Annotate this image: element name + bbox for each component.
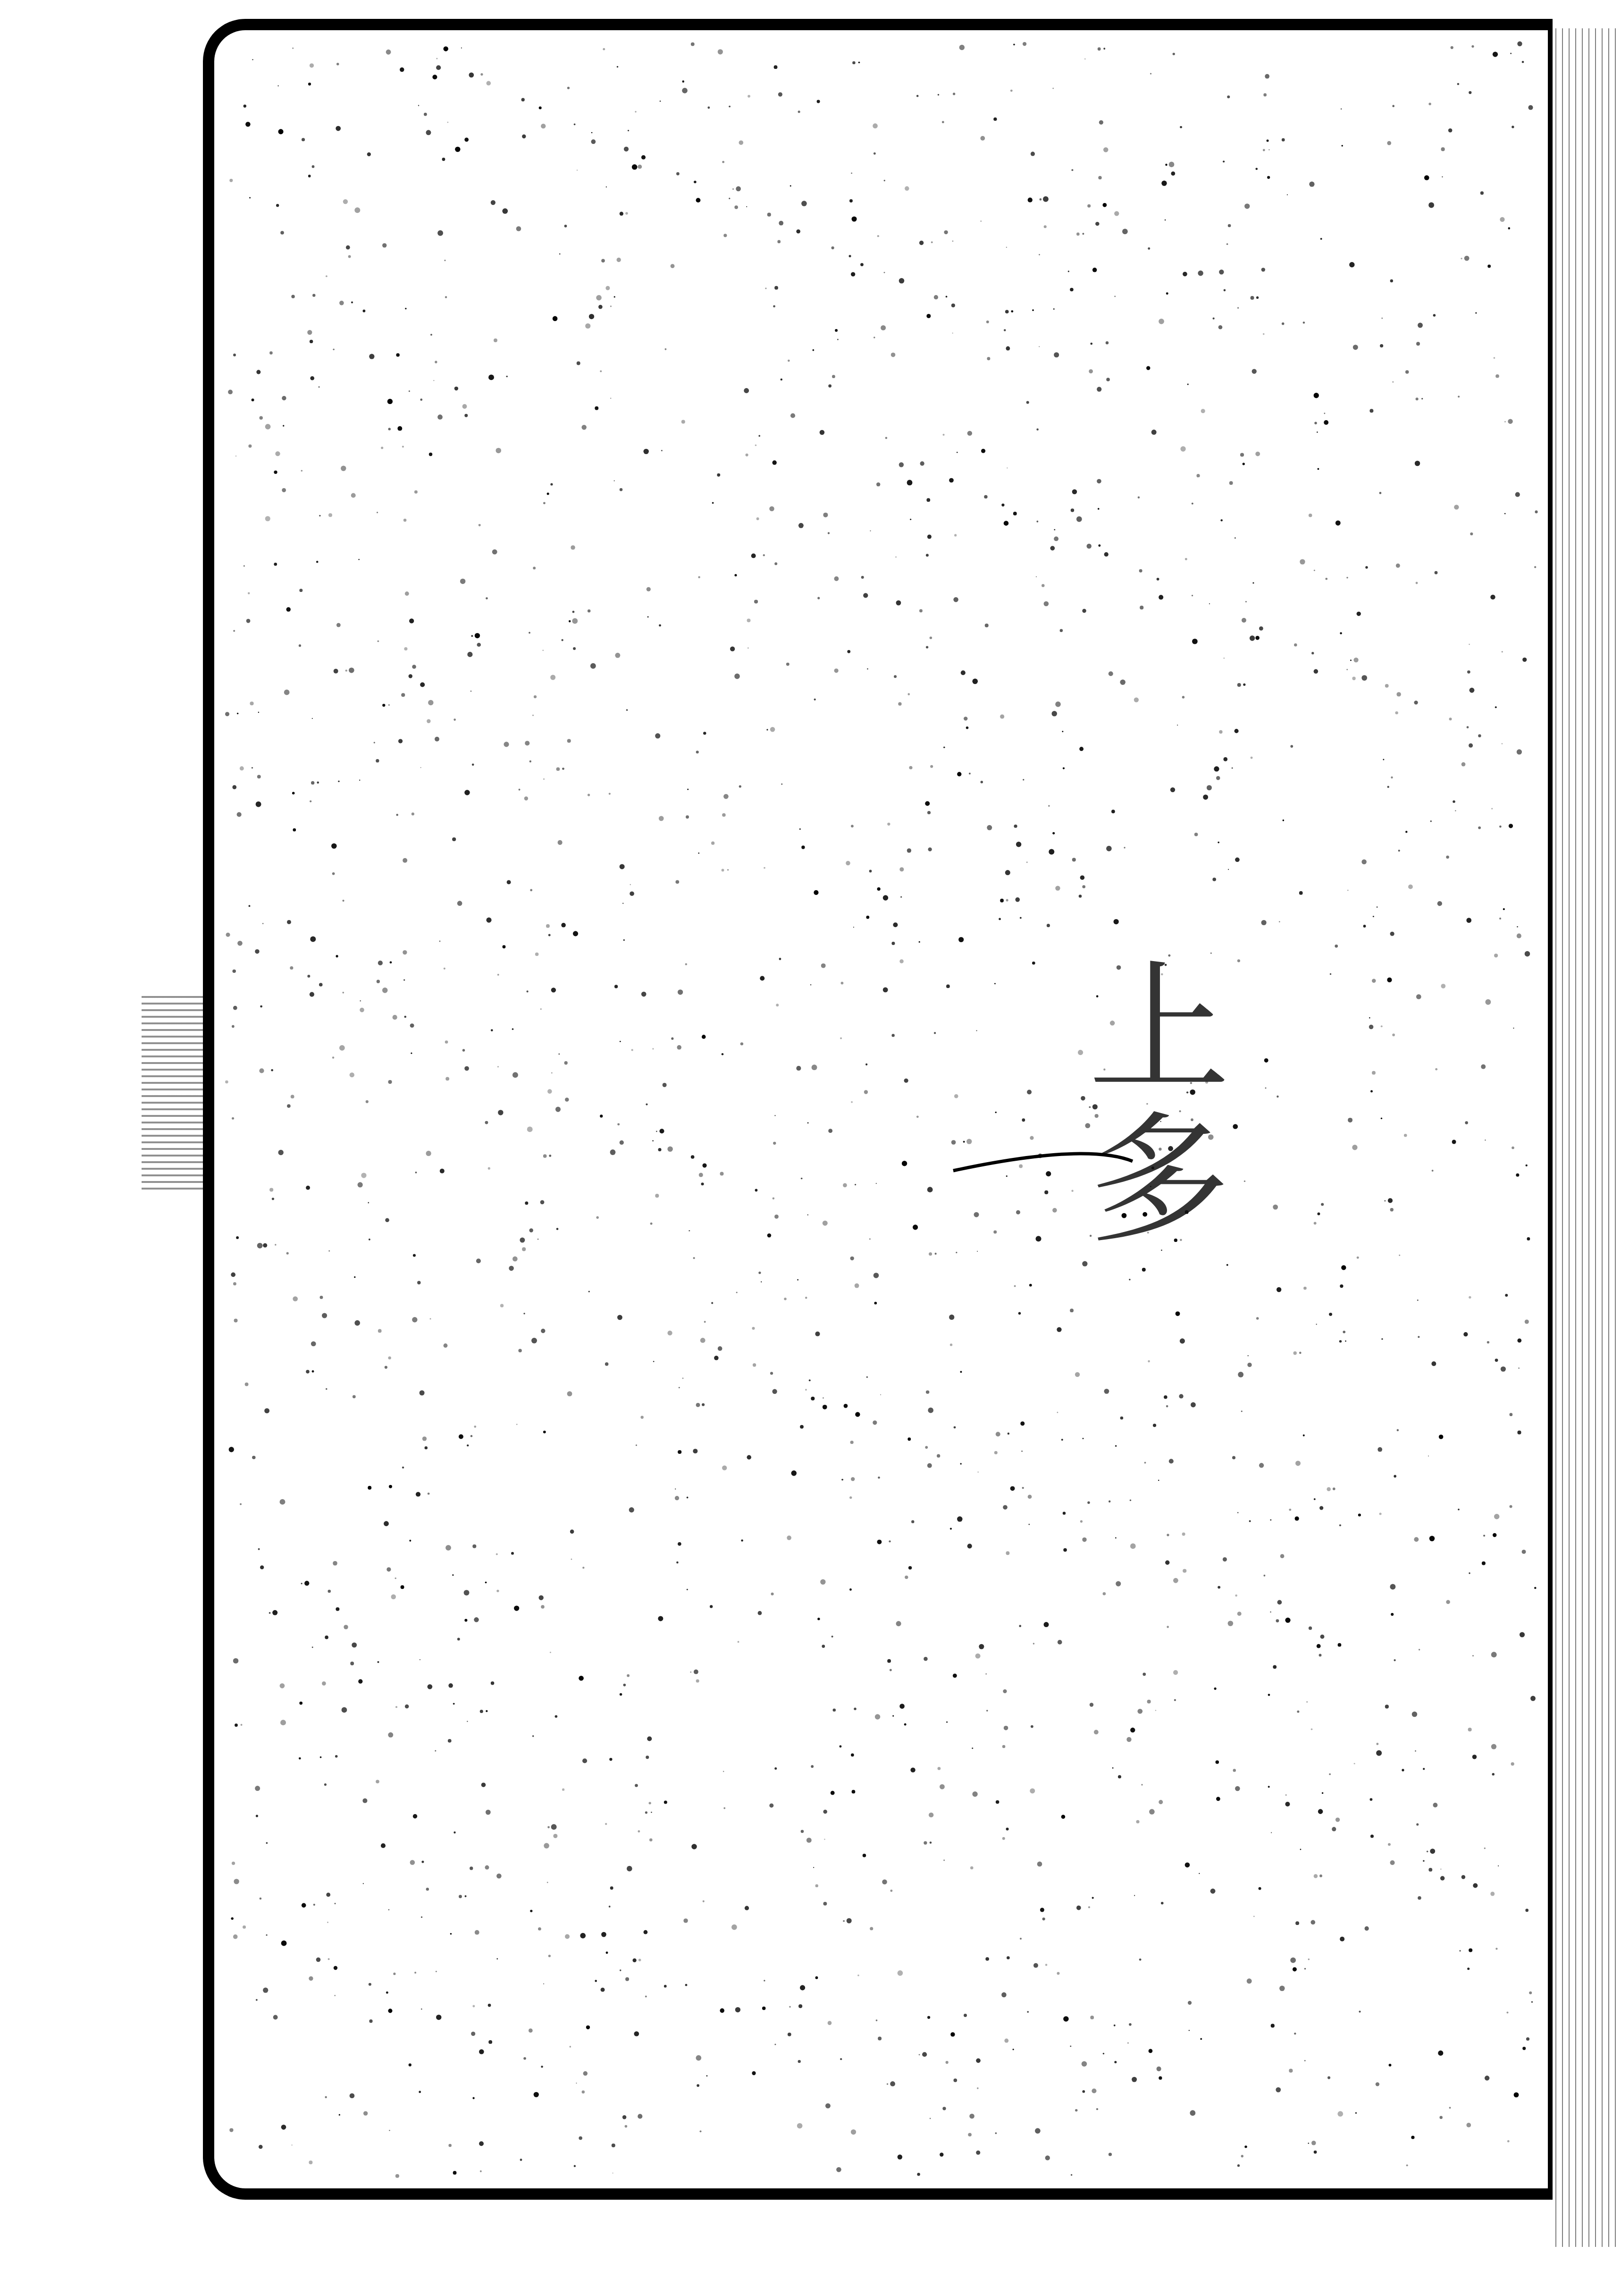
scanned-page: 上多 <box>0 0 1621 2296</box>
handwritten-underline-stroke <box>0 0 1621 2296</box>
